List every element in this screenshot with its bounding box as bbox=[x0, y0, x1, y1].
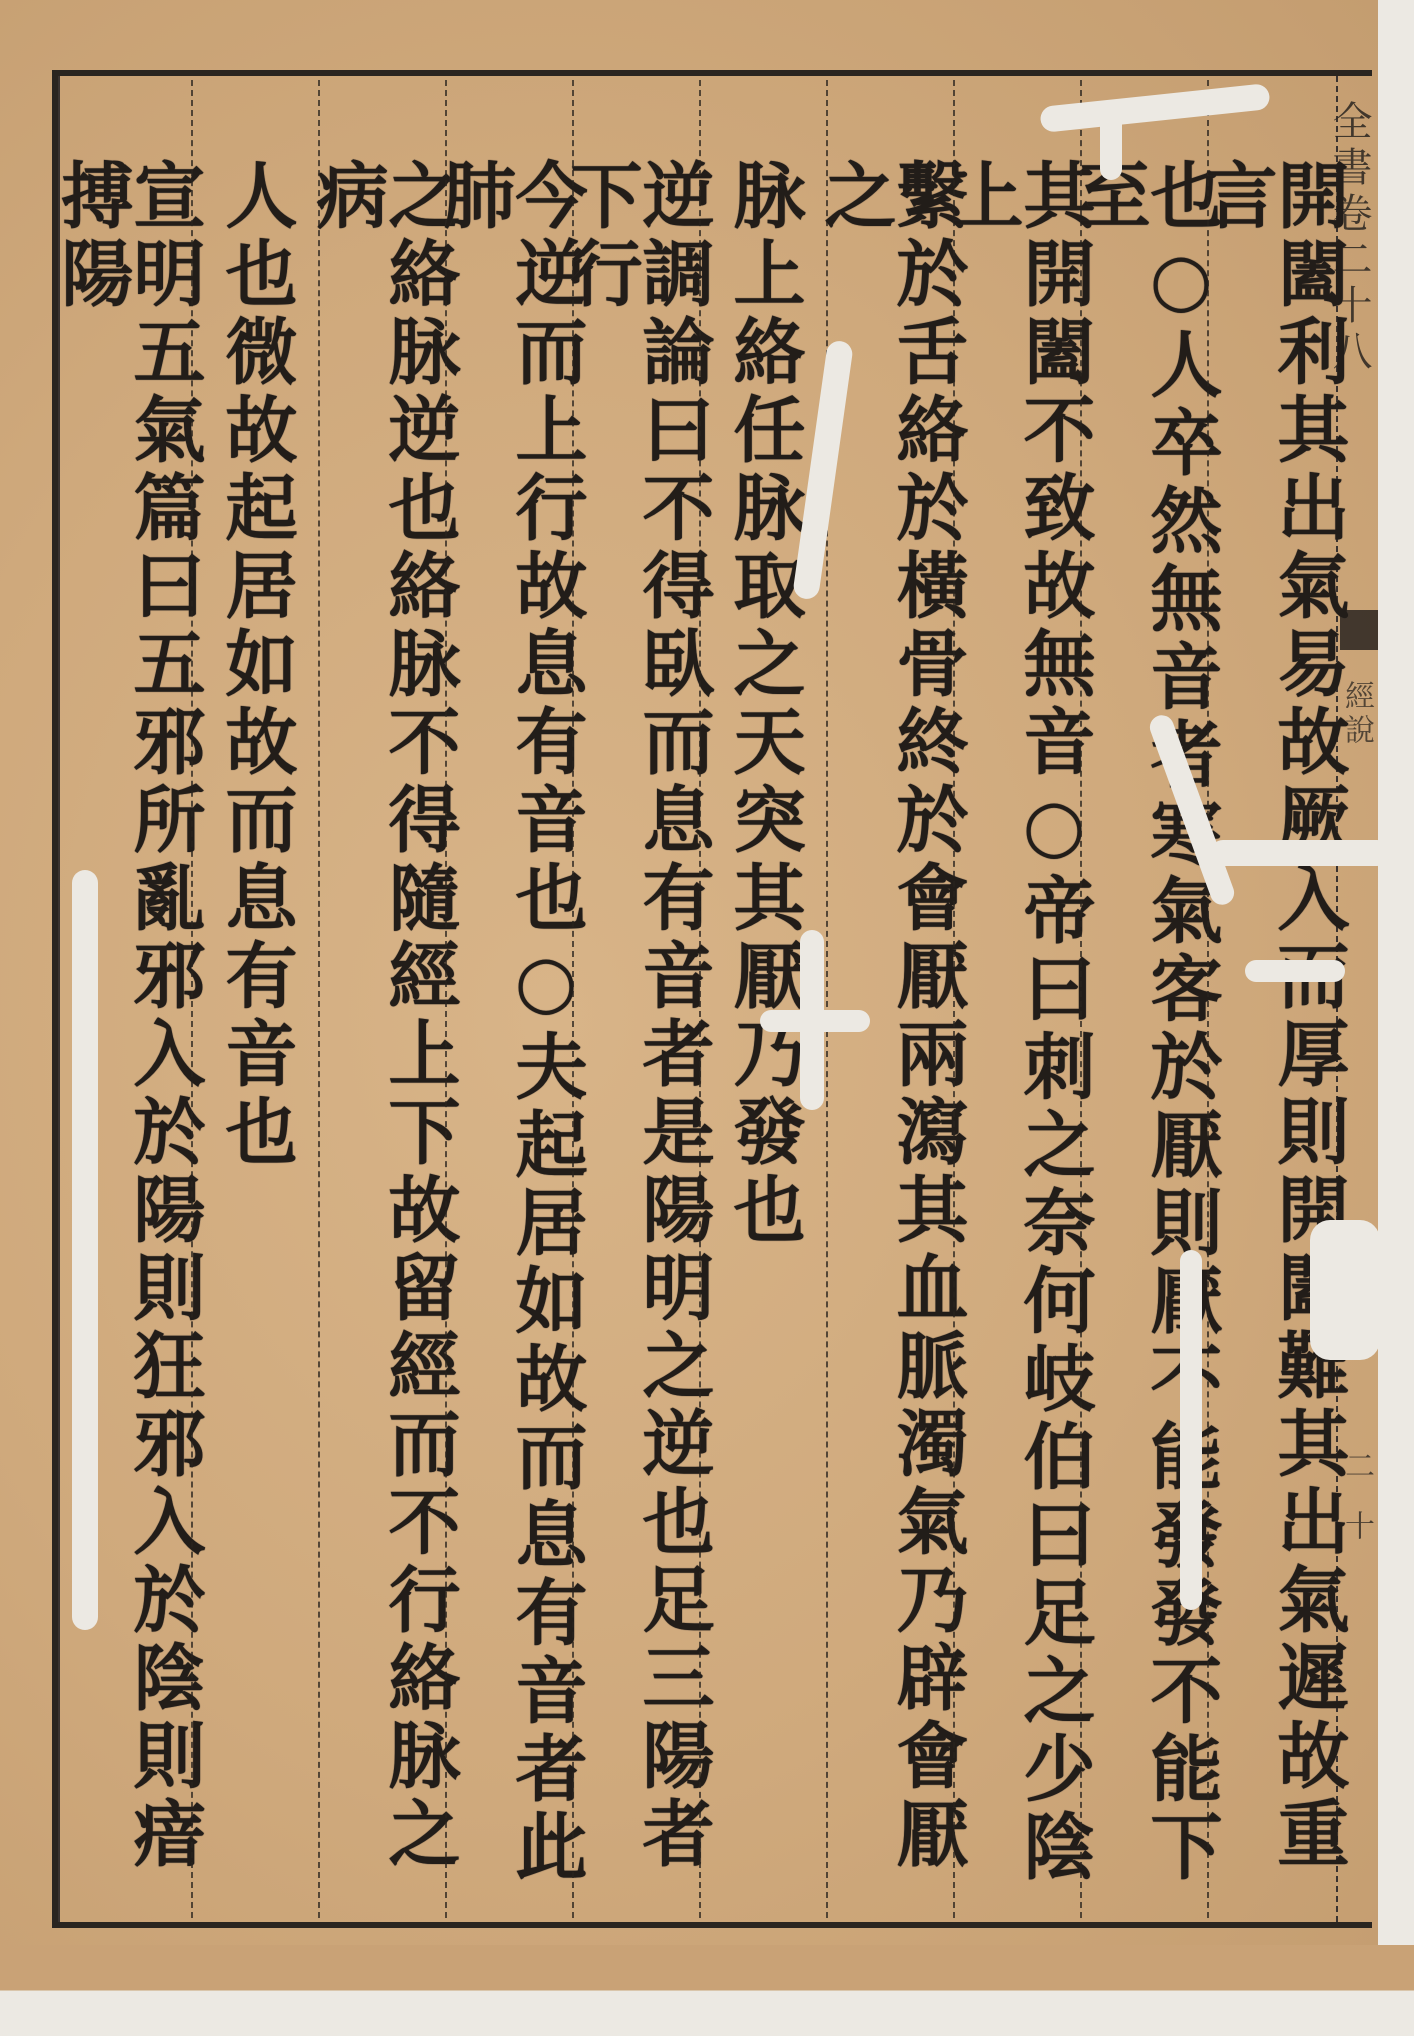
column-text: 開闔利其出氣易故厥入而厚則開闔難其出氣遲故重言 bbox=[1200, 158, 1344, 1918]
torn-bottom-edge bbox=[0, 1945, 1414, 2036]
wormhole-damage bbox=[1210, 840, 1390, 866]
wormhole-damage bbox=[760, 1010, 870, 1032]
text-columns: 開闔利其出氣易故厥入而厚則開闔難其出氣遲故重言 也○人卒然無音者寒氣客於厭則厭不… bbox=[64, 80, 1334, 1918]
column-text: 之絡脉逆也絡脉不得隨經上下故留經而不行絡脉之病 bbox=[311, 158, 455, 1918]
column-text: 今逆而上行故息有音也○夫起居如故而息有音者此肺 bbox=[438, 158, 582, 1918]
column-text: 脉上絡任脉取之天突其厭乃發也 bbox=[728, 158, 800, 1918]
text-column-6: 逆調論曰不得臥而息有音者是陽明之逆也足三陽者下行 bbox=[572, 80, 699, 1918]
text-column-1: 開闔利其出氣易故厥入而厚則開闔難其出氣遲故重言 bbox=[1207, 80, 1334, 1918]
text-column-7: 今逆而上行故息有音也○夫起居如故而息有音者此肺 bbox=[445, 80, 572, 1918]
text-column-2: 也○人卒然無音者寒氣客於厭則厭不能發發不能下至 bbox=[1080, 80, 1207, 1918]
text-column-3: 其開闔不致故無音○帝曰刺之奈何岐伯曰足之少陰上 bbox=[953, 80, 1080, 1918]
text-column-9: 人也微故起居如故而息有音也 bbox=[191, 80, 318, 1918]
text-column-8: 之絡脉逆也絡脉不得隨經上下故留經而不行絡脉之病 bbox=[318, 80, 445, 1918]
wormhole-damage bbox=[1310, 1220, 1380, 1360]
column-text: 人也微故起居如故而息有音也 bbox=[220, 158, 292, 1918]
column-text: 也○人卒然無音者寒氣客於厭則厭不能發發不能下至 bbox=[1073, 158, 1217, 1918]
wormhole-damage bbox=[1245, 960, 1345, 982]
wormhole-damage bbox=[72, 870, 98, 1630]
wormhole-damage bbox=[1180, 1250, 1202, 1610]
column-text: 其開闔不致故無音○帝曰刺之奈何岐伯曰足之少陰上 bbox=[946, 158, 1090, 1918]
column-text: 逆調論曰不得臥而息有音者是陽明之逆也足三陽者下行 bbox=[565, 158, 709, 1918]
wormhole-damage bbox=[1100, 100, 1122, 180]
